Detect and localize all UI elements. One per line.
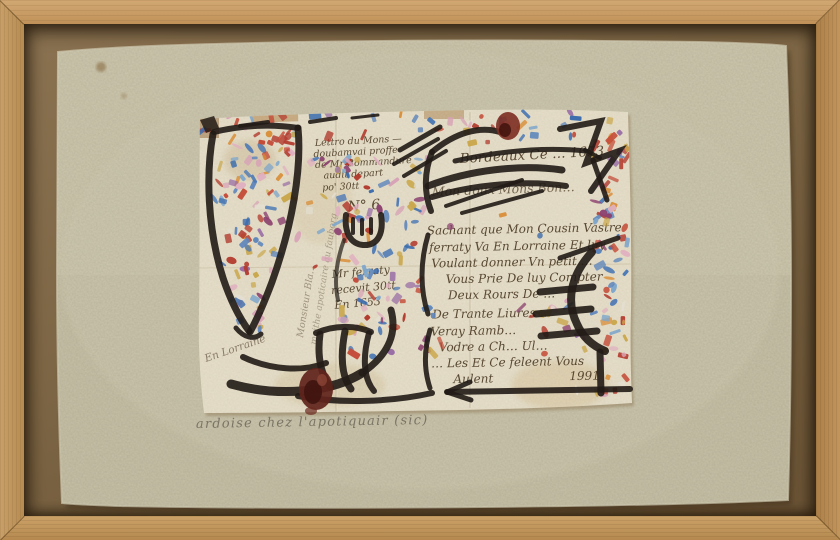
framed-artwork-photo: Lettro du Mons — doubamvai proffe de Mr … <box>0 0 840 540</box>
letter-note-line: po' 30tt <box>322 181 360 194</box>
letter-signature: Aulent <box>452 371 493 386</box>
letter-body-line: … Les Et Ce feleent Vous <box>431 354 584 371</box>
letter-body-line: Veray Ramb… <box>430 323 516 338</box>
letter-body-line: Vodre a Ch… Ul… <box>439 339 548 355</box>
artwork-svg: Lettro du Mons — doubamvai proffe de Mr … <box>0 0 840 540</box>
letter-number-label: N° 6 <box>346 197 381 215</box>
letter-collage: Lettro du Mons — doubamvai proffe de Mr … <box>195 105 635 417</box>
frame-rail-bottom <box>0 516 840 540</box>
letter-signature-date: 1991 <box>569 369 600 384</box>
frame-rail-top <box>0 0 840 24</box>
frame-rail-left <box>0 0 24 540</box>
wax-seal-top <box>496 112 520 140</box>
frame-rail-right <box>816 0 840 540</box>
